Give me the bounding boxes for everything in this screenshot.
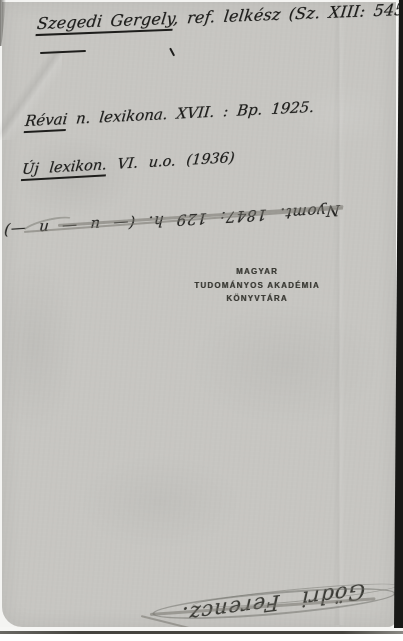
paper-crease-vertical [333,0,345,625]
library-stamp: MAGYAR TUDOMÁNYOS AKADÉMIA KÖNYVTÁRA [178,265,336,306]
stamp-line-2: TUDOMÁNYOS AKADÉMIA [178,279,336,293]
scan-edge-bottom-margin [0,634,403,641]
stamp-line-3: KÖNYVTÁRA [178,292,336,306]
stamp-line-1: MAGYAR [178,265,336,279]
scanned-catalog-card: Szegedi Gergely, ref. lelkész (Sz. XIII:… [0,0,403,641]
reference-1-key: Révai [24,110,69,133]
